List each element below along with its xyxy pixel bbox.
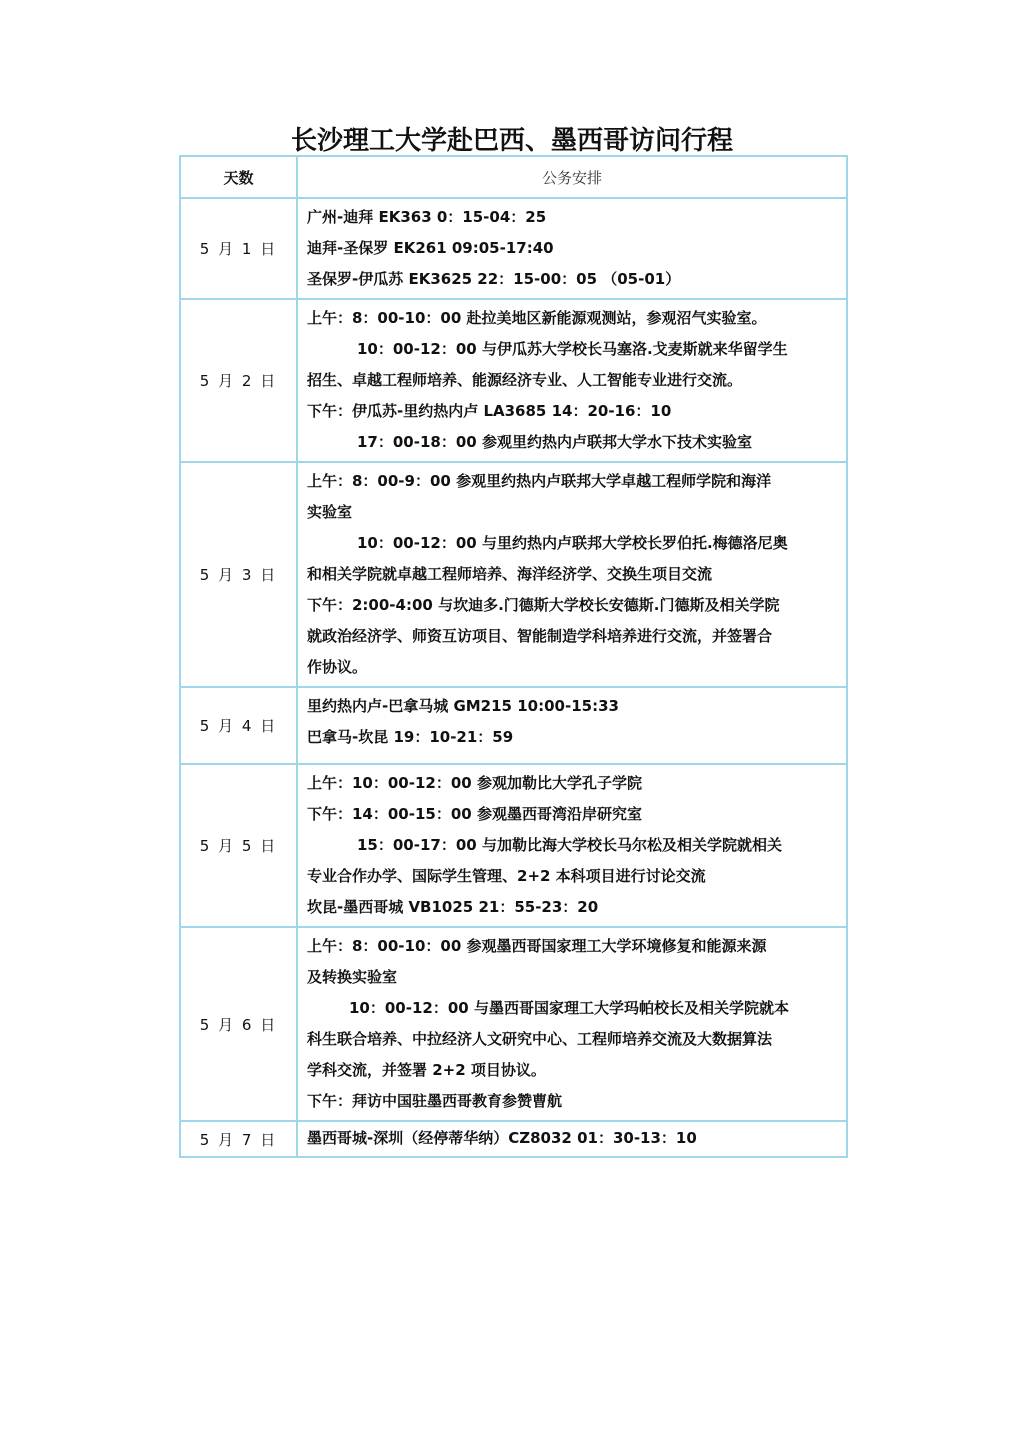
plan-line: 10：00-12：00 与墨西哥国家理工大学玛帕校长及相关学院就本	[307, 993, 838, 1024]
day-cell: 5 月 4 日	[180, 687, 297, 764]
plan-cell: 广州-迪拜 EK363 0：15-04：25 迪拜-圣保罗 EK261 09:0…	[297, 198, 847, 299]
table-row: 5 月 2 日 上午：8：00-10：00 赴拉美地区新能源观测站，参观沼气实验…	[180, 299, 847, 462]
plan-line: 上午：8：00-10：00 赴拉美地区新能源观测站，参观沼气实验室。	[307, 303, 838, 334]
plan-line: 上午：8：00-9：00 参观里约热内卢联邦大学卓越工程师学院和海洋	[307, 466, 838, 497]
table-row: 5 月 1 日 广州-迪拜 EK363 0：15-04：25 迪拜-圣保罗 EK…	[180, 198, 847, 299]
plan-line: 下午：2:00-4:00 与坎迪多.门德斯大学校长安德斯.门德斯及相关学院	[307, 590, 838, 621]
plan-line: 17：00-18：00 参观里约热内卢联邦大学水下技术实验室	[307, 427, 838, 458]
table-row: 5 月 5 日 上午：10：00-12：00 参观加勒比大学孔子学院 下午：14…	[180, 764, 847, 927]
plan-line: 专业合作办学、国际学生管理、2+2 本科项目进行讨论交流	[307, 861, 838, 892]
plan-line: 坎昆-墨西哥城 VB1025 21：55-23：20	[307, 892, 838, 923]
plan-line: 及转换实验室	[307, 962, 838, 993]
plan-line: 上午：10：00-12：00 参观加勒比大学孔子学院	[307, 768, 838, 799]
plan-line: 墨西哥城-深圳（经停蒂华纳）CZ8032 01：30-13：10	[307, 1123, 838, 1154]
plan-line: 下午：拜访中国驻墨西哥教育参赞曹航	[307, 1086, 838, 1117]
plan-line: 科生联合培养、中拉经济人文研究中心、工程师培养交流及大数据算法	[307, 1024, 838, 1055]
itinerary-table: 天数 公务安排 5 月 1 日 广州-迪拜 EK363 0：15-04：25 迪…	[179, 155, 848, 1158]
plan-line: 实验室	[307, 497, 838, 528]
plan-line: 里约热内卢-巴拿马城 GM215 10:00-15:33	[307, 691, 838, 722]
plan-line: 15：00-17：00 与加勒比海大学校长马尔松及相关学院就相关	[307, 830, 838, 861]
plan-cell: 里约热内卢-巴拿马城 GM215 10:00-15:33 巴拿马-坎昆 19：1…	[297, 687, 847, 764]
plan-cell: 上午：8：00-10：00 赴拉美地区新能源观测站，参观沼气实验室。 10：00…	[297, 299, 847, 462]
plan-line: 就政治经济学、师资互访项目、智能制造学科培养进行交流，并签署合	[307, 621, 838, 652]
day-cell: 5 月 6 日	[180, 927, 297, 1121]
plan-line: 招生、卓越工程师培养、能源经济专业、人工智能专业进行交流。	[307, 365, 838, 396]
day-cell: 5 月 3 日	[180, 462, 297, 687]
table-row: 5 月 6 日 上午：8：00-10：00 参观墨西哥国家理工大学环境修复和能源…	[180, 927, 847, 1121]
plan-cell: 上午：8：00-9：00 参观里约热内卢联邦大学卓越工程师学院和海洋 实验室 1…	[297, 462, 847, 687]
plan-cell: 上午：8：00-10：00 参观墨西哥国家理工大学环境修复和能源来源 及转换实验…	[297, 927, 847, 1121]
header-day: 天数	[180, 156, 297, 198]
plan-cell: 墨西哥城-深圳（经停蒂华纳）CZ8032 01：30-13：10	[297, 1121, 847, 1157]
plan-line: 10：00-12：00 与伊瓜苏大学校长马塞洛.戈麦斯就来华留学生	[307, 334, 838, 365]
day-cell: 5 月 1 日	[180, 198, 297, 299]
table-header-row: 天数 公务安排	[180, 156, 847, 198]
table-row: 5 月 7 日 墨西哥城-深圳（经停蒂华纳）CZ8032 01：30-13：10	[180, 1121, 847, 1157]
plan-line: 下午：14：00-15：00 参观墨西哥湾沿岸研究室	[307, 799, 838, 830]
plan-line: 圣保罗-伊瓜苏 EK3625 22：15-00：05 （05-01）	[307, 264, 838, 295]
table-row: 5 月 3 日 上午：8：00-9：00 参观里约热内卢联邦大学卓越工程师学院和…	[180, 462, 847, 687]
plan-cell: 上午：10：00-12：00 参观加勒比大学孔子学院 下午：14：00-15：0…	[297, 764, 847, 927]
plan-line: 下午：伊瓜苏-里约热内卢 LA3685 14：20-16：10	[307, 396, 838, 427]
table-row: 5 月 4 日 里约热内卢-巴拿马城 GM215 10:00-15:33 巴拿马…	[180, 687, 847, 764]
document-title: 长沙理工大学赴巴西、墨西哥访问行程	[0, 120, 1024, 157]
plan-line: 巴拿马-坎昆 19：10-21：59	[307, 722, 838, 753]
header-plan: 公务安排	[297, 156, 847, 198]
plan-line: 广州-迪拜 EK363 0：15-04：25	[307, 202, 838, 233]
plan-line: 10：00-12：00 与里约热内卢联邦大学校长罗伯托.梅德洛尼奥	[307, 528, 838, 559]
plan-line: 和相关学院就卓越工程师培养、海洋经济学、交换生项目交流	[307, 559, 838, 590]
plan-line: 上午：8：00-10：00 参观墨西哥国家理工大学环境修复和能源来源	[307, 931, 838, 962]
day-cell: 5 月 5 日	[180, 764, 297, 927]
day-cell: 5 月 7 日	[180, 1121, 297, 1157]
plan-line: 学科交流，并签署 2+2 项目协议。	[307, 1055, 838, 1086]
day-cell: 5 月 2 日	[180, 299, 297, 462]
plan-line: 作协议。	[307, 652, 838, 683]
plan-line: 迪拜-圣保罗 EK261 09:05-17:40	[307, 233, 838, 264]
